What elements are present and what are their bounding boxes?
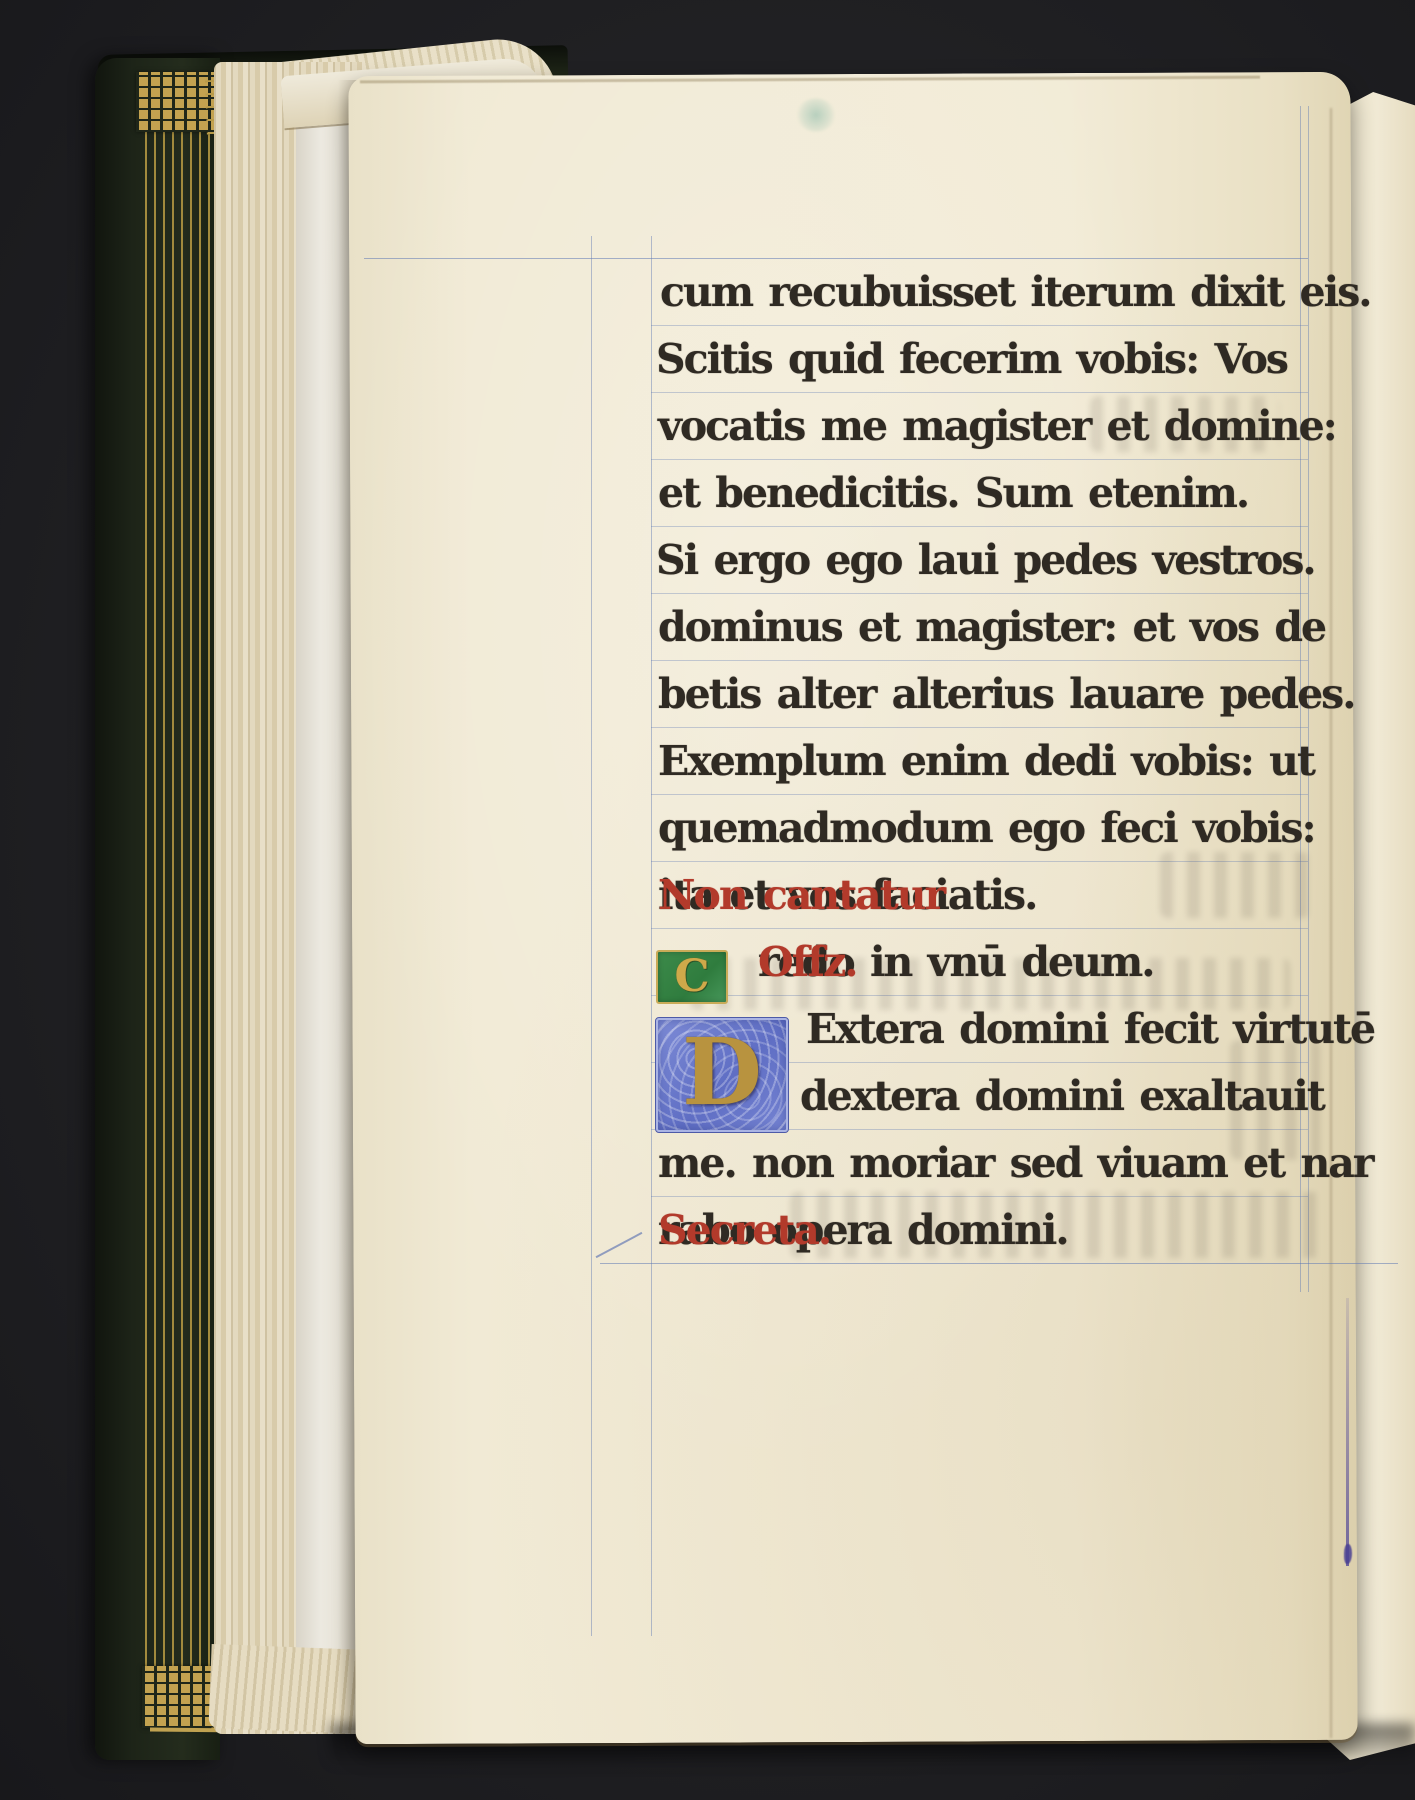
body-text: Extera domini fecit virtutē	[806, 1000, 1374, 1058]
text-line: betis alter alterius lauare pedes.	[658, 665, 1308, 729]
text-line: redo in vnū deum. Offz.	[758, 933, 1308, 997]
text-block: cum recubuisset iterum dixit eis.Scitis …	[0, 0, 1415, 1800]
body-text: me. non moriar sed viuam et nar	[658, 1134, 1372, 1192]
text-line: Si ergo ego laui pedes vestros.	[656, 531, 1308, 595]
body-text: dextera domini exaltauit	[800, 1067, 1324, 1125]
rubric-text: Secreta.	[658, 1201, 830, 1259]
text-line: et benedicitis. Sum etenim.	[658, 464, 1308, 528]
text-line: Exemplum enim dedi vobis: ut	[658, 732, 1308, 796]
body-text: et benedicitis. Sum etenim.	[658, 464, 1248, 522]
text-line: me. non moriar sed viuam et nar	[658, 1134, 1308, 1198]
rubric-text: Non cantatur	[658, 866, 944, 924]
rubric-text: Offz.	[758, 933, 857, 991]
text-line: ita et vos faciatis. Non cantatur	[658, 866, 1308, 930]
body-text: dominus et magister: et vos de	[658, 598, 1325, 656]
text-line: quemadmodum ego feci vobis:	[658, 799, 1308, 863]
body-text: Exemplum enim dedi vobis: ut	[658, 732, 1314, 790]
text-line: Scitis quid fecerim vobis: Vos	[656, 330, 1308, 394]
body-text: vocatis me magister et domine:	[658, 397, 1336, 455]
text-line: vocatis me magister et domine:	[658, 397, 1308, 461]
manuscript-photo: C D cum recubuisset iterum dixit eis.Sci…	[0, 0, 1415, 1800]
text-line: rabo opera domini. Secreta.	[658, 1201, 1308, 1265]
text-line: Extera domini fecit virtutē	[806, 1000, 1308, 1064]
body-text: quemadmodum ego feci vobis:	[658, 799, 1315, 857]
text-line: dominus et magister: et vos de	[658, 598, 1308, 662]
body-text: cum recubuisset iterum dixit eis.	[660, 263, 1371, 321]
body-text: betis alter alterius lauare pedes.	[658, 665, 1355, 723]
body-text: Scitis quid fecerim vobis: Vos	[656, 330, 1287, 388]
text-line: cum recubuisset iterum dixit eis.	[660, 263, 1308, 327]
body-text: Si ergo ego laui pedes vestros.	[656, 531, 1315, 589]
text-line: dextera domini exaltauit	[800, 1067, 1308, 1131]
